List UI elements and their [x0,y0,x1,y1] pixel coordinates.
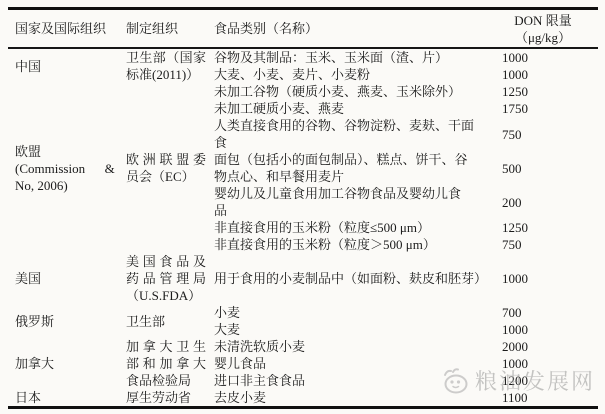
country-cell: 中国 [8,58,126,75]
limit-value: 1000 [496,66,598,83]
country-cell: 日本 [8,389,126,406]
food-cell: 未加工谷物（硬质小麦、燕麦、玉米除外） [214,83,496,100]
org-cell: 卫生部（国家标准(2011)） [126,49,206,83]
country-cell: 美国 [8,270,126,287]
food-rows: 用于食用的小麦制品中（如面粉、麸皮和胚芽）1000 [214,270,598,287]
org-line: 欧洲联盟委 [126,151,206,168]
food-cell: 婴幼儿及儿童食用加工谷物食品及婴幼儿食 品 [214,185,496,219]
org-line: 加拿大卫生 [126,338,206,355]
org-line: 卫生部 [126,313,206,330]
org-cell: 厚生劳动省 [126,389,206,406]
food-cell: 未加工硬质小麦、燕麦 [214,100,496,117]
org-line: 标准(2011)） [126,66,206,83]
table-section: 美国美国食品及药品管理局（U.S.FDA）用于食用的小麦制品中（如面粉、麸皮和胚… [8,253,598,304]
country-cell: 俄罗斯 [8,313,126,330]
table-row: 面包（包括小的面包制品）、糕点、饼干、谷 物点心、和早餐用麦片500 [214,151,598,185]
table-row: 小麦700 [214,304,598,321]
food-rows: 谷物及其制品：玉米、玉米面（渣、片）1000大麦、小麦、麦片、小麦粉1000 [214,49,598,83]
limit-value: 750 [496,236,598,253]
header-org: 制定组织 [126,20,206,37]
food-cell: 非直接食用的玉米粉（粒度≤500 μm） [214,219,496,236]
table-row: 进口非主食食品1200 [214,372,598,389]
food-rows: 去皮小麦1100 [214,389,598,406]
org-line: （U.S.FDA） [126,287,206,304]
food-rows: 小麦700大麦1000 [214,304,598,338]
food-cell: 人类直接食用的谷物、谷物淀粉、麦麸、干面 食 [214,117,496,151]
food-rows: 未加工谷物（硬质小麦、燕麦、玉米除外）1250未加工硬质小麦、燕麦1750人类直… [214,83,598,253]
food-cell: 大麦 [214,321,496,338]
limit-value: 1000 [496,355,598,372]
table-row: 大麦1000 [214,321,598,338]
food-cell: 用于食用的小麦制品中（如面粉、麸皮和胚芽） [214,270,496,287]
country-cell: 欧盟 (Commission & No, 2006) [8,143,126,194]
table-row: 大麦、小麦、麦片、小麦粉1000 [214,66,598,83]
table-row: 未加工谷物（硬质小麦、燕麦、玉米除外）1250 [214,83,598,100]
food-cell: 谷物及其制品：玉米、玉米面（渣、片） [214,49,496,66]
org-cell: 卫生部 [126,313,206,330]
limit-value: 1200 [496,372,598,389]
org-line: 美国食品及 [126,253,206,270]
org-cell: 加拿大卫生部和加拿大食品检验局 [126,338,206,389]
table-row: 用于食用的小麦制品中（如面粉、麸皮和胚芽）1000 [214,270,598,287]
limit-value: 1000 [496,270,598,287]
table-row: 婴幼儿及儿童食用加工谷物食品及婴幼儿食 品200 [214,185,598,219]
don-limits-table: 国家及国际组织 制定组织 食品类别（名称） DON 限量 （μg/kg） 中国卫… [8,7,598,409]
header-food: 食品类别（名称） [214,20,496,37]
org-cell: 美国食品及药品管理局（U.S.FDA） [126,253,206,304]
country-cell: 加拿大 [8,355,126,372]
food-cell: 非直接食用的玉米粉（粒度＞500 μm） [214,236,496,253]
limit-value: 1750 [496,100,598,117]
table-row: 去皮小麦1100 [214,389,598,406]
table-row: 婴儿食品1000 [214,355,598,372]
table-row: 非直接食用的玉米粉（粒度≤500 μm）1250 [214,219,598,236]
limit-value: 1250 [496,219,598,236]
limit-value: 2000 [496,338,598,355]
limit-value: 500 [496,160,598,177]
scanned-document-page: 国家及国际组织 制定组织 食品类别（名称） DON 限量 （μg/kg） 中国卫… [0,0,605,414]
table-section: 欧盟 (Commission & No, 2006)欧洲联盟委员会（EC）未加工… [8,83,598,253]
food-cell: 大麦、小麦、麦片、小麦粉 [214,66,496,83]
food-cell: 未清洗软质小麦 [214,338,496,355]
header-limit: DON 限量 （μg/kg） [496,12,598,46]
limit-value: 750 [496,126,598,143]
limit-value: 1100 [496,389,598,406]
table-row: 未加工硬质小麦、燕麦1750 [214,100,598,117]
org-line: 食品检验局 [126,372,206,389]
limit-value: 1000 [496,321,598,338]
org-line: 厚生劳动省 [126,389,206,406]
table-row: 未清洗软质小麦2000 [214,338,598,355]
limit-value: 200 [496,194,598,211]
header-country: 国家及国际组织 [8,20,126,37]
food-cell: 去皮小麦 [214,389,496,406]
table-row: 非直接食用的玉米粉（粒度＞500 μm）750 [214,236,598,253]
limit-value: 700 [496,304,598,321]
table-header-row: 国家及国际组织 制定组织 食品类别（名称） DON 限量 （μg/kg） [8,10,598,49]
food-cell: 小麦 [214,304,496,321]
food-cell: 进口非主食食品 [214,372,496,389]
table-row: 谷物及其制品：玉米、玉米面（渣、片）1000 [214,49,598,66]
table-section: 加拿大加拿大卫生部和加拿大食品检验局未清洗软质小麦2000婴儿食品1000进口非… [8,338,598,389]
org-cell: 欧洲联盟委员会（EC） [126,151,206,185]
food-cell: 婴儿食品 [214,355,496,372]
org-line: 部和加拿大 [126,355,206,372]
org-line: 药品管理局 [126,270,206,287]
table-body: 中国卫生部（国家标准(2011)）谷物及其制品：玉米、玉米面（渣、片）1000大… [8,49,598,406]
food-rows: 未清洗软质小麦2000婴儿食品1000进口非主食食品1200 [214,338,598,389]
limit-value: 1250 [496,83,598,100]
limit-value: 1000 [496,49,598,66]
org-line: 员会（EC） [126,168,206,185]
table-section: 俄罗斯卫生部小麦700大麦1000 [8,304,598,338]
table-section: 日本厚生劳动省去皮小麦1100 [8,389,598,406]
table-row: 人类直接食用的谷物、谷物淀粉、麦麸、干面 食750 [214,117,598,151]
food-cell: 面包（包括小的面包制品）、糕点、饼干、谷 物点心、和早餐用麦片 [214,151,496,185]
org-line: 卫生部（国家 [126,49,206,66]
table-section: 中国卫生部（国家标准(2011)）谷物及其制品：玉米、玉米面（渣、片）1000大… [8,49,598,83]
